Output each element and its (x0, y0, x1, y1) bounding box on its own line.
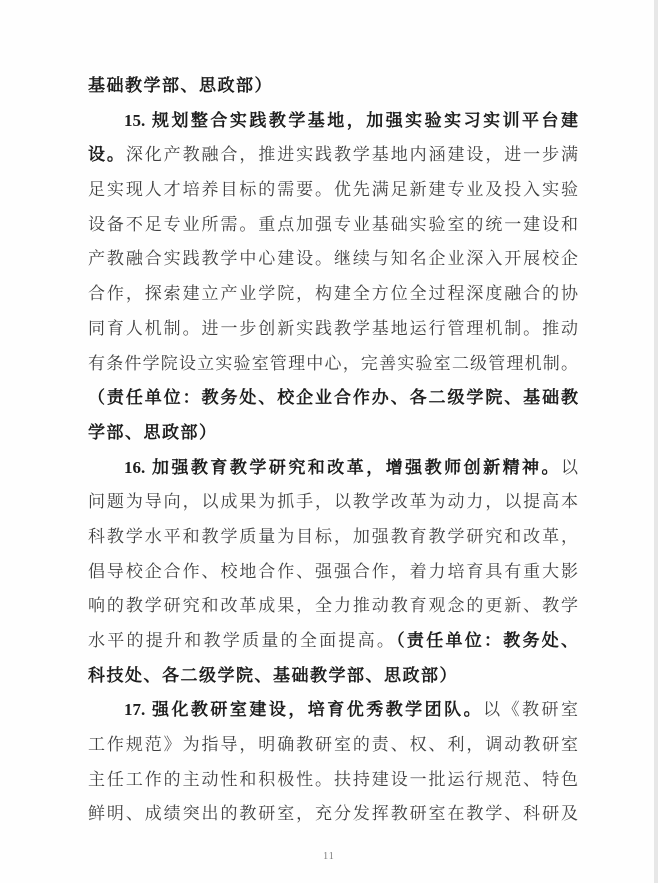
text-segment: 以 (561, 458, 578, 477)
scan-edge-shadow (654, 0, 658, 883)
text-segment: 工作规范》为指导，明确教研室的责、权、利，调动教研室 (88, 735, 578, 754)
text-segment: 鲜明、成绩突出的教研室，充分发挥教研室在教学、科研及 (88, 804, 578, 823)
bold-text-segment: 科技处、各二级学院、基础教学部、思政部） (88, 666, 458, 685)
text-line: 产教融合实践教学中心建设。继续与知名企业深入开展校企 (88, 242, 578, 277)
text-line: 水平的提升和教学质量的全面提高。（责任单位：教务处、 (88, 624, 578, 659)
text-segment: 足实现人才培养目标的需要。优先满足新建专业及投入实验 (88, 180, 578, 199)
text-segment: 科教学水平和教学质量为目标，加强教育教学研究和改革， (88, 527, 578, 546)
text-line: 有条件学院设立实验室管理中心，完善实验室二级管理机制。 (88, 347, 578, 382)
text-segment: 问题为导向，以成果为抓手，以教学改革为动力，以提高本 (88, 492, 578, 511)
text-line: 科技处、各二级学院、基础教学部、思政部） (88, 659, 578, 694)
text-line: 主任工作的主动性和积极性。扶持建设一批运行规范、特色 (88, 763, 578, 798)
text-line: （责任单位：教务处、校企业合作办、各二级学院、基础教 (88, 381, 578, 416)
text-line: 学部、思政部） (88, 416, 578, 451)
text-line: 响的教学研究和改革成果，全力推动教育观念的更新、教学 (88, 589, 578, 624)
text-line: 17. 强化教研室建设，培育优秀教学团队。以《教研室 (88, 693, 578, 728)
text-segment: 有条件学院设立实验室管理中心，完善实验室二级管理机制。 (88, 354, 578, 373)
text-line: 设备不足专业所需。重点加强专业基础实验室的统一建设和 (88, 208, 578, 243)
text-segment: 响的教学研究和改革成果，全力推动教育观念的更新、教学 (88, 596, 578, 615)
text-segment: 同育人机制。进一步创新实践教学基地运行管理机制。推动 (88, 319, 578, 338)
text-line: 合作，探索建立产业学院，构建全方位全过程深度融合的协 (88, 277, 578, 312)
text-line: 倡导校企合作、校地合作、强强合作，着力培育具有重大影 (88, 555, 578, 590)
text-segment: 倡导校企合作、校地合作、强强合作，着力培育具有重大影 (88, 562, 578, 581)
text-segment: 产教融合实践教学中心建设。继续与知名企业深入开展校企 (88, 249, 578, 268)
text-segment: 水平的提升和教学质量的全面提高。 (88, 631, 396, 650)
text-segment: 主任工作的主动性和积极性。扶持建设一批运行规范、特色 (88, 770, 578, 789)
text-line: 鲜明、成绩突出的教研室，充分发挥教研室在教学、科研及 (88, 797, 578, 832)
text-line: 15. 规划整合实践教学基地，加强实验实习实训平台建 (88, 104, 578, 139)
text-line: 科教学水平和教学质量为目标，加强教育教学研究和改革， (88, 520, 578, 555)
text-segment: 设备不足专业所需。重点加强专业基础实验室的统一建设和 (88, 215, 578, 234)
bold-text-segment: 学部、思政部） (88, 423, 218, 442)
text-segment: 合作，探索建立产业学院，构建全方位全过程深度融合的协 (88, 284, 578, 303)
text-line: 基础教学部、思政部） (88, 69, 578, 104)
text-line: 问题为导向，以成果为抓手，以教学改革为动力，以提高本 (88, 485, 578, 520)
document-page: 基础教学部、思政部）15. 规划整合实践教学基地，加强实验实习实训平台建设。深化… (0, 0, 658, 883)
text-line: 16. 加强教育教学研究和改革，增强教师创新精神。以 (88, 451, 578, 486)
bold-text-segment: 16. 加强教育教学研究和改革，增强教师创新精神。 (124, 458, 561, 477)
bold-text-segment: 基础教学部、思政部） (88, 76, 273, 95)
bold-text-segment: 设。 (88, 145, 126, 164)
text-segment: 深化产教融合，推进实践教学基地内涵建设，进一步满 (126, 145, 578, 164)
text-segment: 以《教研室 (483, 700, 578, 719)
text-line: 同育人机制。进一步创新实践教学基地运行管理机制。推动 (88, 312, 578, 347)
bold-text-segment: 15. 规划整合实践教学基地，加强实验实习实训平台建 (124, 111, 578, 130)
text-line: 足实现人才培养目标的需要。优先满足新建专业及投入实验 (88, 173, 578, 208)
bold-text-segment: （责任单位：教务处、 (396, 631, 578, 650)
text-line: 工作规范》为指导，明确教研室的责、权、利，调动教研室 (88, 728, 578, 763)
bold-text-segment: （责任单位：教务处、校企业合作办、各二级学院、基础教 (88, 388, 578, 407)
document-body: 基础教学部、思政部）15. 规划整合实践教学基地，加强实验实习实训平台建设。深化… (88, 69, 578, 832)
page-number: 11 (0, 851, 658, 862)
bold-text-segment: 17. 强化教研室建设，培育优秀教学团队。 (124, 700, 483, 719)
text-line: 设。深化产教融合，推进实践教学基地内涵建设，进一步满 (88, 138, 578, 173)
